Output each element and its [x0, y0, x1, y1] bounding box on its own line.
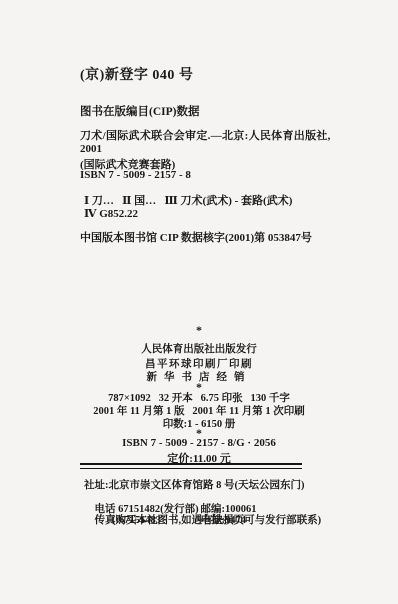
cip-entry-line2: 2001 — [80, 143, 102, 155]
cip-entry-line1: 刀术/国际武术联合会审定.—北京:人民体育出版社, — [80, 127, 331, 143]
cip-classification-line1: Ⅰ 刀… Ⅱ 国… Ⅲ 刀术(武术) - 套路(武术) — [84, 192, 292, 208]
cip-isbn: ISBN 7 - 5009 - 2157 - 8 — [80, 169, 191, 181]
separator-star-1: * — [0, 323, 398, 338]
purchase-note-line: (购买本社图书,如遇有缺损页可与发行部联系) — [112, 512, 321, 527]
cip-heading: 图书在版编目(CIP)数据 — [80, 103, 199, 119]
double-rule-divider — [80, 463, 302, 469]
cip-classification-line2: Ⅳ G852.22 — [84, 207, 138, 220]
isbn-price-code-line: ISBN 7 - 5009 - 2157 - 8/G · 2056 — [0, 437, 398, 449]
copyright-page: (京)新登字 040 号 图书在版编目(CIP)数据 刀术/国际武术联合会审定.… — [0, 0, 398, 604]
cip-record-number: 中国版本图书馆 CIP 数据核字(2001)第 053847号 — [80, 229, 312, 245]
publisher-line: 人民体育出版社出版发行 — [0, 341, 398, 356]
registration-number: (京)新登字 040 号 — [80, 64, 193, 84]
